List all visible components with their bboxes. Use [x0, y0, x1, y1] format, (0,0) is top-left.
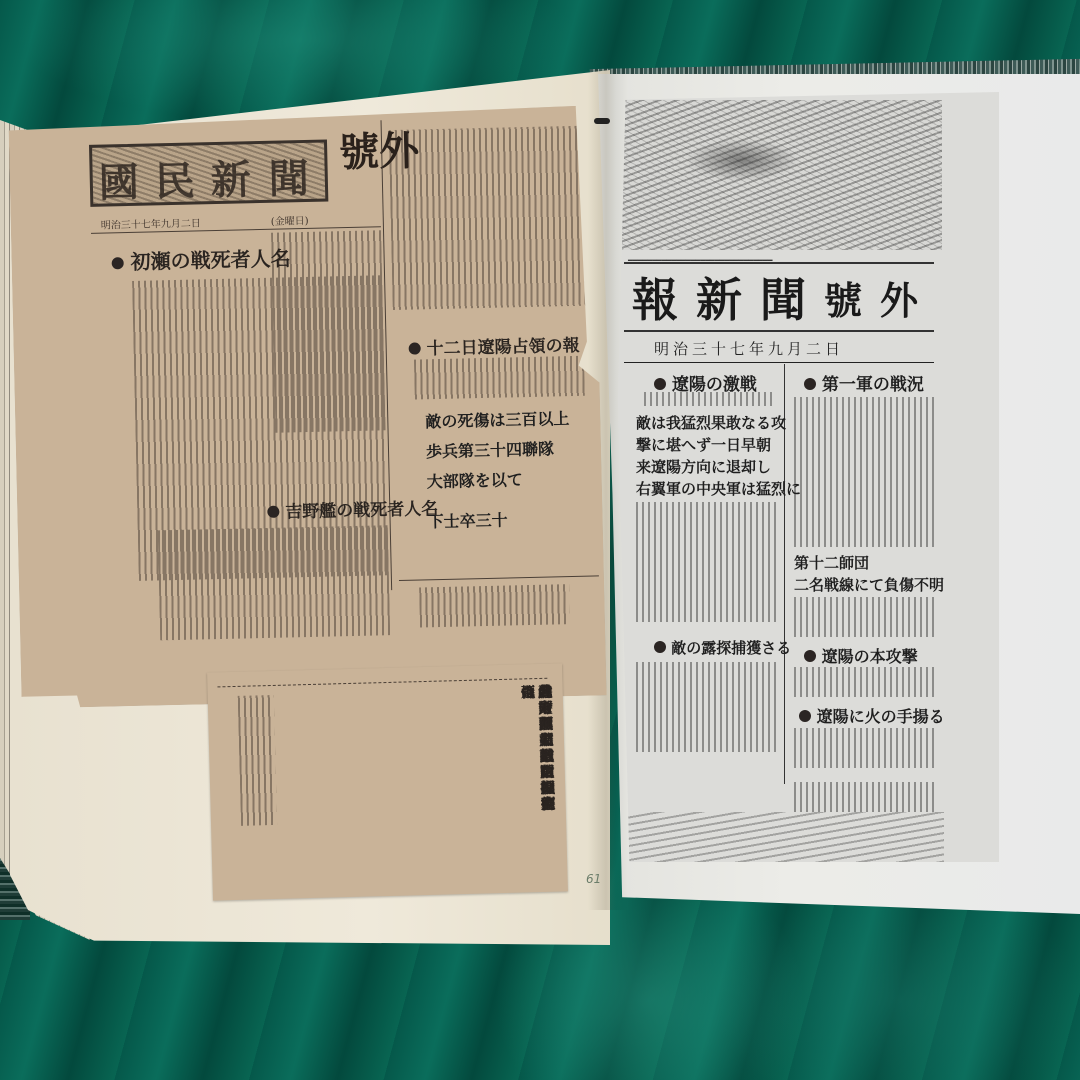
list-text-block: [158, 525, 390, 640]
divider: [624, 362, 934, 363]
headline: 第一軍の戦況: [804, 370, 924, 395]
body-headline: 敵の死傷は三百以上: [425, 406, 570, 432]
headline: 遼陽に火の手揚る: [799, 704, 945, 727]
headline: 遼陽の本攻撃: [804, 644, 918, 667]
newspaper-masthead: 報 新 聞 號 外: [624, 262, 934, 332]
body-text: 敵は我猛烈果敢なる攻: [636, 412, 786, 433]
divider: [399, 575, 599, 581]
body-headline: 歩兵第三十四聯隊: [426, 436, 555, 462]
text-block: [271, 230, 386, 432]
text-block: [414, 356, 585, 400]
body-text: 撃に堪へず一日早朝: [636, 434, 771, 455]
text-block: [636, 662, 776, 752]
masthead-char: 民: [154, 150, 195, 208]
body-headline: 大部隊を以て: [426, 467, 523, 492]
divider: [217, 678, 547, 688]
masthead-char: 國: [98, 151, 139, 209]
headline: 初瀬の戦死者人名: [111, 242, 291, 275]
bullet-dot-icon: [804, 378, 816, 390]
text-block: [389, 126, 588, 310]
text-block: [794, 728, 934, 768]
text-block: [636, 502, 776, 622]
masthead-char: 新: [696, 264, 742, 330]
date-line: 明治三十七年九月二日: [101, 214, 201, 231]
masthead-char: 新: [210, 148, 251, 206]
date-line: 明治三十七年九月二日: [654, 338, 844, 359]
text-column: 敵の損害は調査中: [535, 684, 556, 824]
text-block: [794, 667, 934, 697]
bullet-dot-icon: [112, 257, 124, 269]
text-block: [794, 597, 934, 637]
left-newspaper-clipping: 國 民 新 聞 號外 明治三十七年九月二日 (金曜日) 初瀬の戦死者人名 十二日…: [8, 105, 606, 708]
masthead-char: 聞: [760, 264, 806, 330]
masthead-illustration: [622, 100, 942, 250]
vertical-text-columns: 道附近に三百牛拉山 北方無名寺附近に百 五十左縦隊の方面焼 達河北方附近に三百 …: [552, 684, 556, 844]
staple-pin: [594, 118, 610, 124]
imprint-text-block: [794, 782, 934, 812]
masthead-illustration: 國 民 新 聞: [89, 139, 328, 206]
body-text: 右翼軍の中央軍は猛烈に: [636, 478, 801, 499]
body-text: 第十二師団: [794, 552, 869, 573]
bullet-dot-icon: [409, 342, 421, 354]
headline: 十二日遼陽占領の報: [408, 331, 579, 360]
text-block: [419, 584, 570, 627]
masthead-char: 聞: [268, 147, 309, 205]
scan-noise-bottom: [614, 812, 944, 862]
lower-newspaper-clipping: 道附近に三百牛拉山 北方無名寺附近に百 五十左縦隊の方面焼 達河北方附近に三百 …: [207, 663, 568, 900]
bullet-dot-icon: [804, 650, 816, 662]
pencil-page-number: 61: [586, 872, 601, 886]
body-headline: 下士卒三十: [427, 507, 508, 532]
bullet-dot-icon: [654, 378, 666, 390]
bullet-dot-icon: [799, 710, 811, 722]
text-block: [644, 392, 774, 406]
text-block: [794, 397, 934, 547]
date-sub-label: (金曜日): [271, 212, 309, 228]
imprint-text-block: [238, 695, 277, 826]
headline: 吉野艦の戦死者人名: [267, 494, 438, 523]
bullet-dot-icon: [654, 641, 666, 653]
masthead-char: 外: [880, 270, 918, 325]
masthead-char: 報: [632, 264, 678, 330]
body-text: 来遼陽方向に退却し: [636, 456, 771, 477]
right-newspaper-clipping: ━━━━━━━━━━━━━━━━━━━━━━━━━━━━━━ 報 新 聞 號 外…: [614, 92, 999, 862]
headline: 敵の露探捕獲さる: [654, 637, 791, 658]
bullet-dot-icon: [267, 506, 279, 518]
body-text: 二名戦線にて負傷不明: [794, 574, 944, 595]
masthead-char: 號: [824, 270, 862, 325]
